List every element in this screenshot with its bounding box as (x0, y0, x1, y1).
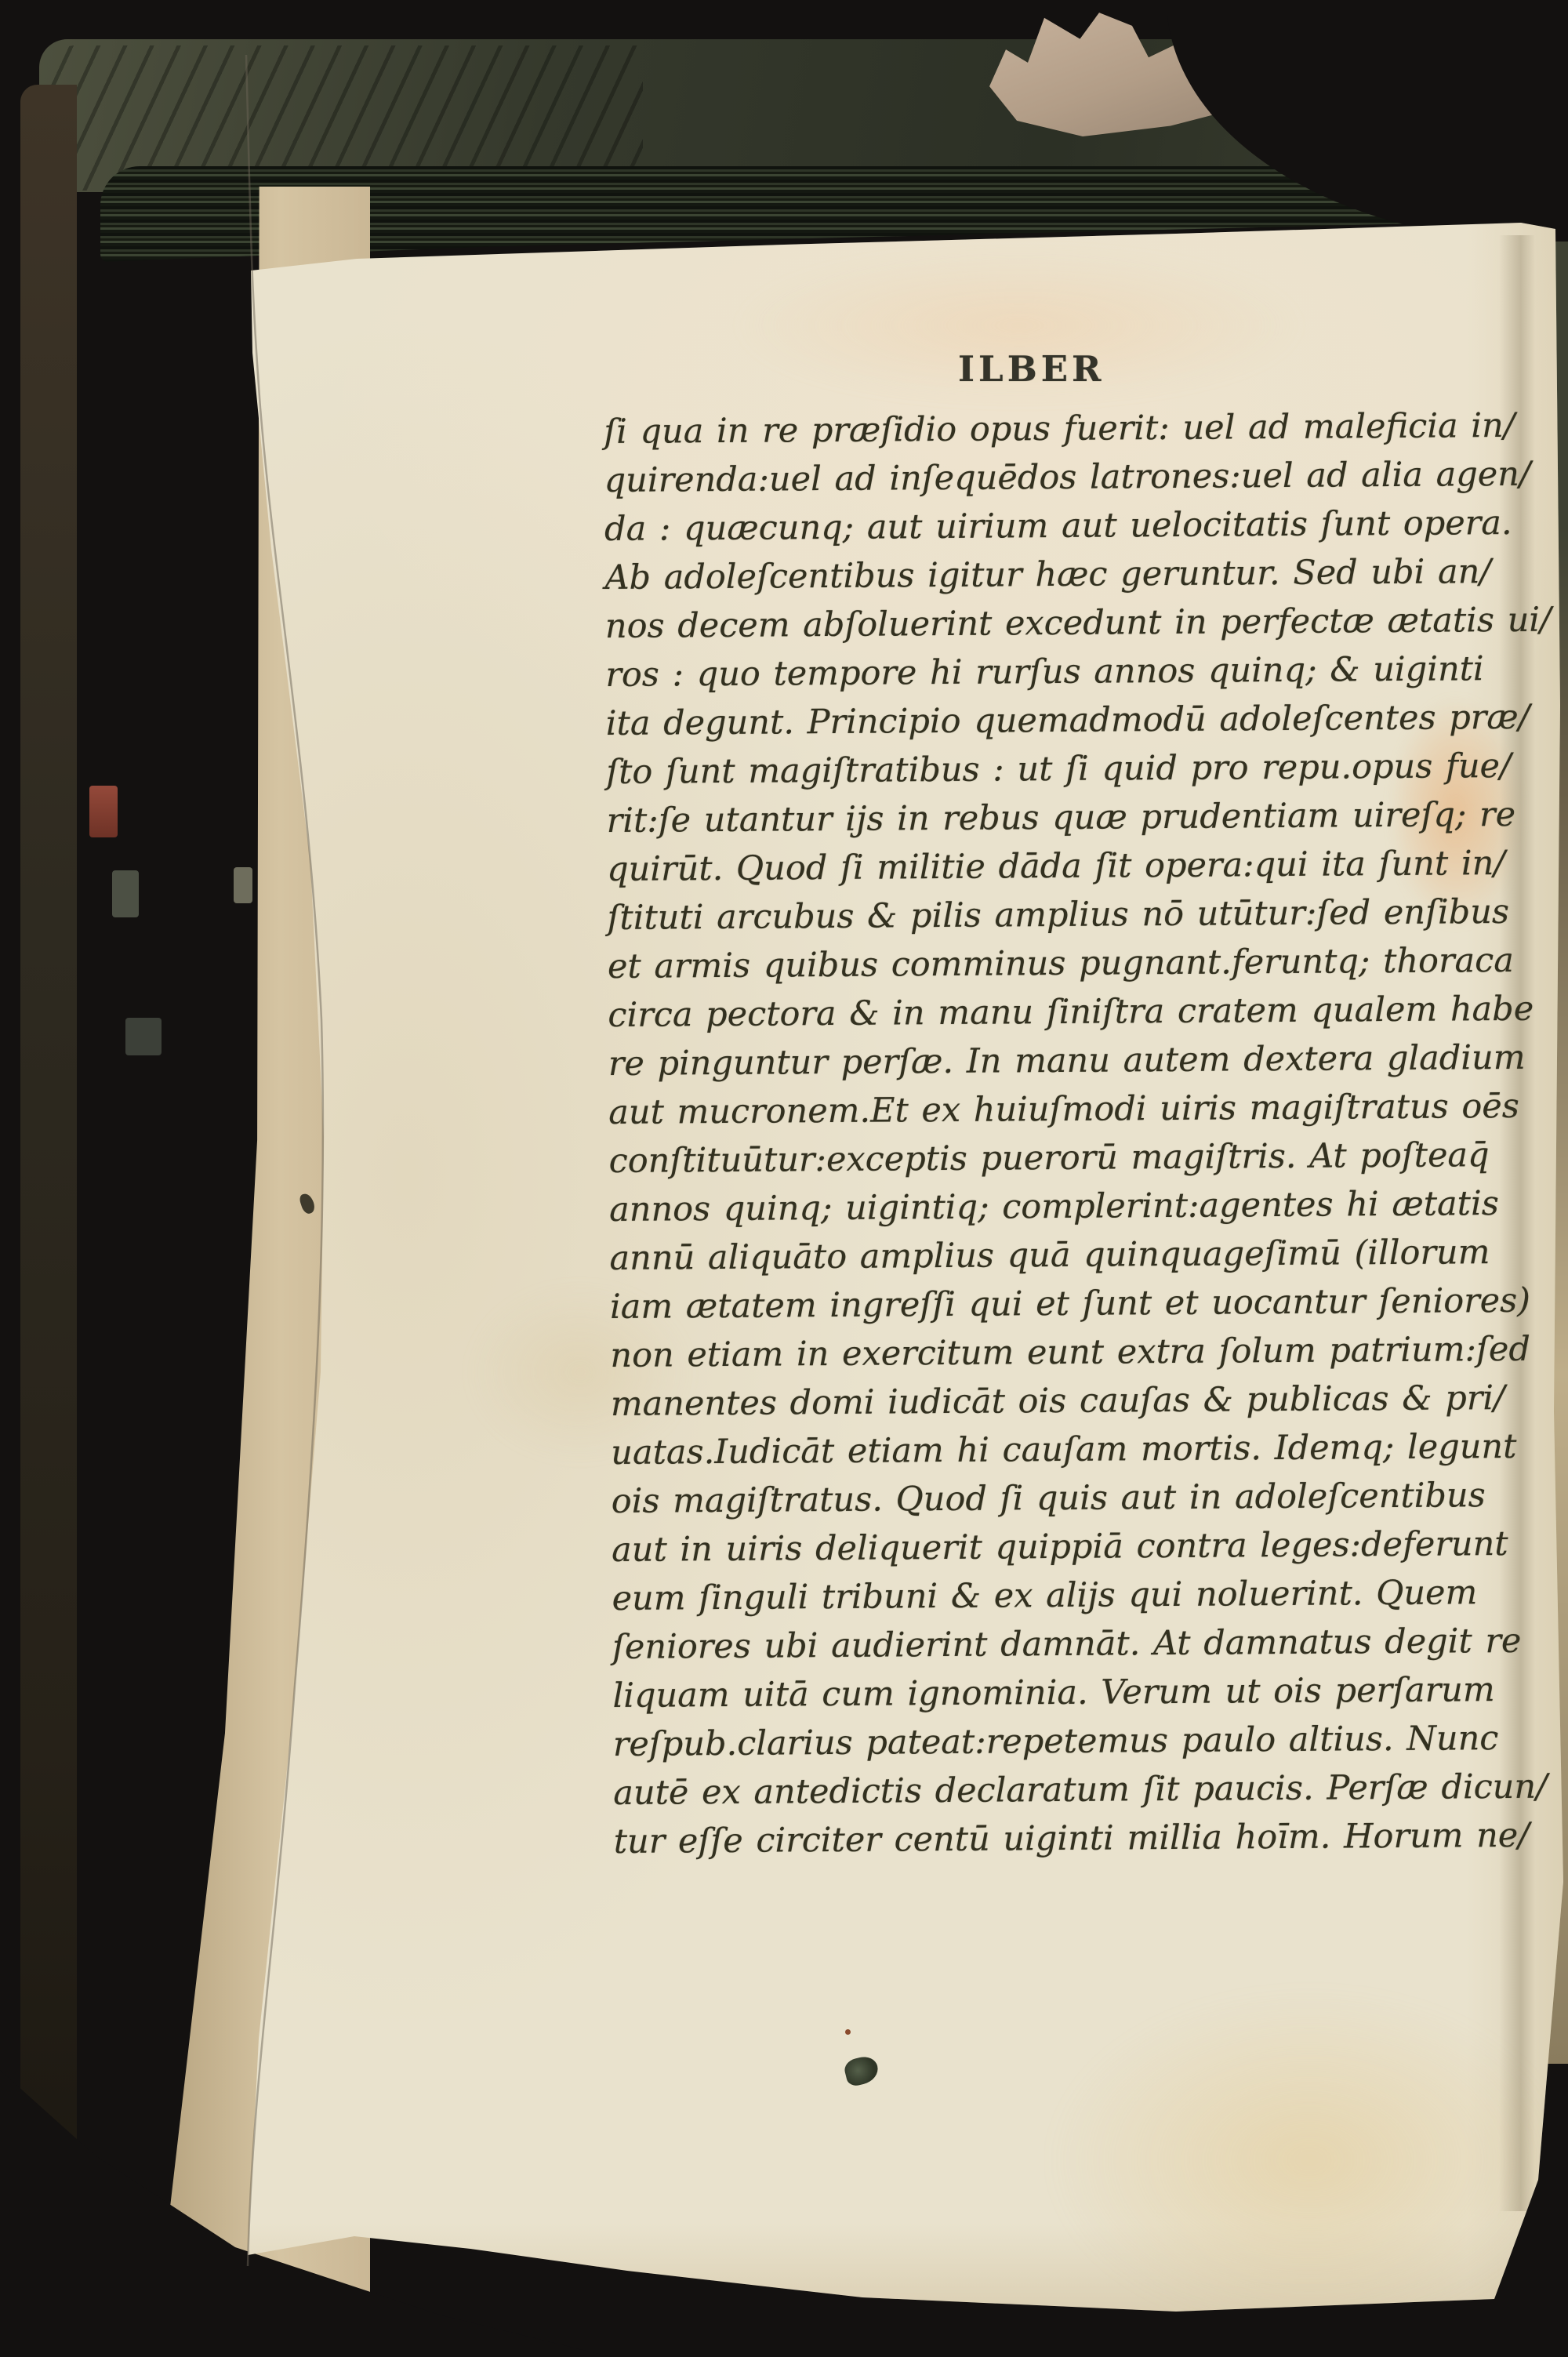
page-left-edge-line (0, 0, 1568, 2357)
book-photograph: ILBER ſi qua in re præſidio opus fuerit:… (0, 0, 1568, 2357)
